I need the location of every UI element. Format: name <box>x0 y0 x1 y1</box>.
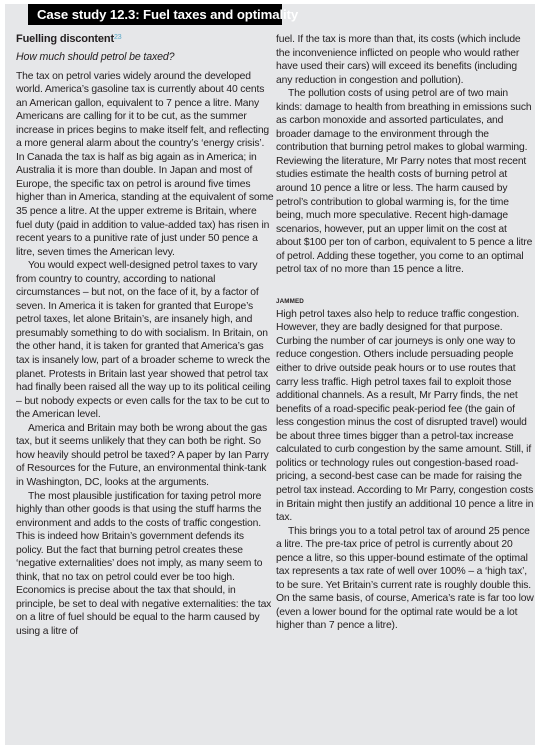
article-standfirst: How much should petrol be taxed? <box>16 51 274 65</box>
paragraph: This brings you to a total petrol tax of… <box>276 525 534 633</box>
right-column: fuel. If the tax is more than that, its … <box>276 33 534 633</box>
paragraph: You would expect well-designed petrol ta… <box>16 259 274 422</box>
paragraph: The tax on petrol varies widely around t… <box>16 70 274 260</box>
section-subhead: JAMMED <box>276 297 534 307</box>
paragraph: The pollution costs of using petrol are … <box>276 87 534 277</box>
footnote-ref[interactable]: 23 <box>114 34 122 41</box>
paragraph: America and Britain may both be wrong ab… <box>16 422 274 490</box>
case-study-title: Case study 12.3: Fuel taxes and optimali… <box>28 4 282 25</box>
article-heading-text: Fuelling discontent <box>16 33 114 45</box>
paragraph: The most plausible justification for tax… <box>16 490 274 639</box>
paragraph: High petrol taxes also help to reduce tr… <box>276 308 534 525</box>
paragraph: fuel. If the tax is more than that, its … <box>276 33 534 87</box>
left-column: Fuelling discontent23 How much should pe… <box>16 33 274 639</box>
article-heading: Fuelling discontent23 <box>16 33 274 46</box>
